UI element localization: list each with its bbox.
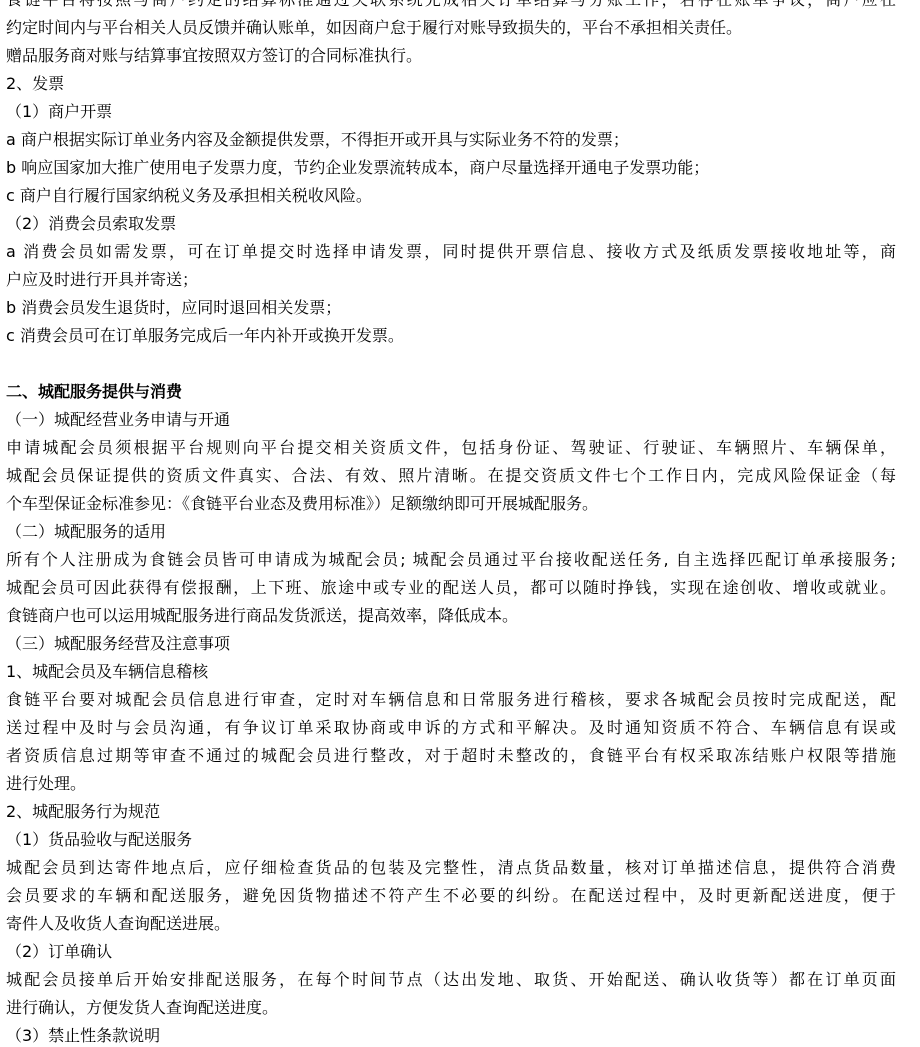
item1-line-3: 者资质信息过期等审查不通过的城配会员进行整改，对于超时未整改的，食链平台有权采取… [6, 742, 896, 770]
item2-sub1-line-3: 寄件人及收货人查询配送进展。 [6, 910, 896, 938]
sub1-line-3: 个车型保证金标准参见：《食链平台业态及费用标准》）足额缴纳即可开展城配服务。 [6, 490, 896, 518]
invoice-title: 2、发票 [6, 70, 896, 98]
sub2-line-1: 所有个人注册成为食链会员皆可申请成为城配会员; 城配会员通过平台接收配送任务, … [6, 546, 896, 574]
consumer-invoice-item-a-1: a 消费会员如需发票，可在订单提交时选择申请发票，同时提供开票信息、接收方式及纸… [6, 238, 896, 266]
sub2-line-2: 城配会员可因此获得有偿报酬，上下班、旅途中或专业的配送人员，都可以随时挣钱，实现… [6, 574, 896, 602]
settlement-line-1: 食链平台将按照与商户约定的结算标准通过关联系统完成相关订单结算与分账工作，若存在… [6, 0, 896, 14]
merchant-invoice-item-b: b 响应国家加大推广使用电子发票力度，节约企业发票流转成本，商户尽量选择开通电子… [6, 154, 896, 182]
merchant-invoice-item-a: a 商户根据实际订单业务内容及金额提供发票，不得拒开或开具与实际业务不符的发票； [6, 126, 896, 154]
item2-sub1-line-1: 城配会员到达寄件地点后，应仔细检查货品的包装及完整性，清点货品数量，核对订单描述… [6, 854, 896, 882]
blank-line [6, 350, 896, 378]
item1-line-4: 进行处理。 [6, 770, 896, 798]
gift-settlement-line: 赠品服务商对账与结算事宜按照双方签订的合同标准执行。 [6, 42, 896, 70]
item1-title: 1、城配会员及车辆信息稽核 [6, 658, 896, 686]
sub2-line-3: 食链商户也可以运用城配服务进行商品发货派送，提高效率，降低成本。 [6, 602, 896, 630]
merchant-invoice-title: （1）商户开票 [6, 98, 896, 126]
item2-sub2-line-1: 城配会员接单后开始安排配送服务，在每个时间节点（达出发地、取货、开始配送、确认收… [6, 966, 896, 994]
item2-sub2-title: （2）订单确认 [6, 938, 896, 966]
consumer-invoice-title: （2）消费会员索取发票 [6, 210, 896, 238]
item2-sub2-line-2: 进行确认，方便发货人查询配送进度。 [6, 994, 896, 1022]
sub2-title: （二）城配服务的适用 [6, 518, 896, 546]
sub1-title: （一）城配经营业务申请与开通 [6, 406, 896, 434]
consumer-invoice-item-b: b 消费会员发生退货时，应同时退回相关发票； [6, 294, 896, 322]
consumer-invoice-item-c: c 消费会员可在订单服务完成后一年内补开或换开发票。 [6, 322, 896, 350]
settlement-line-2: 约定时间内与平台相关人员反馈并确认账单，如因商户怠于履行对账导致损失的，平台不承… [6, 14, 896, 42]
sub1-line-2: 城配会员保证提供的资质文件真实、合法、有效、照片清晰。在提交资质文件七个工作日内… [6, 462, 896, 490]
item2-title: 2、城配服务行为规范 [6, 798, 896, 826]
merchant-invoice-item-c: c 商户自行履行国家纳税义务及承担相关税收风险。 [6, 182, 896, 210]
sub1-line-1: 申请城配会员须根据平台规则向平台提交相关资质文件，包括身份证、驾驶证、行驶证、车… [6, 434, 896, 462]
item2-sub1-line-2: 会员要求的车辆和配送服务，避免因货物描述不符产生不必要的纠纷。在配送过程中，及时… [6, 882, 896, 910]
item1-line-1: 食链平台要对城配会员信息进行审查，定时对车辆信息和日常服务进行稽核，要求各城配会… [6, 686, 896, 714]
item2-sub1-title: （1）货品验收与配送服务 [6, 826, 896, 854]
section-2-heading: 二、城配服务提供与消费 [6, 378, 896, 406]
item2-sub3-title: （3）禁止性条款说明 [6, 1022, 896, 1047]
consumer-invoice-item-a-2: 户应及时进行开具并寄送； [6, 266, 896, 294]
item1-line-2: 送过程中及时与会员沟通，有争议订单采取协商或申诉的方式和平解决。及时通知资质不符… [6, 714, 896, 742]
document-body: 食链平台将按照与商户约定的结算标准通过关联系统完成相关订单结算与分账工作，若存在… [6, 0, 896, 1047]
sub3-title: （三）城配服务经营及注意事项 [6, 630, 896, 658]
